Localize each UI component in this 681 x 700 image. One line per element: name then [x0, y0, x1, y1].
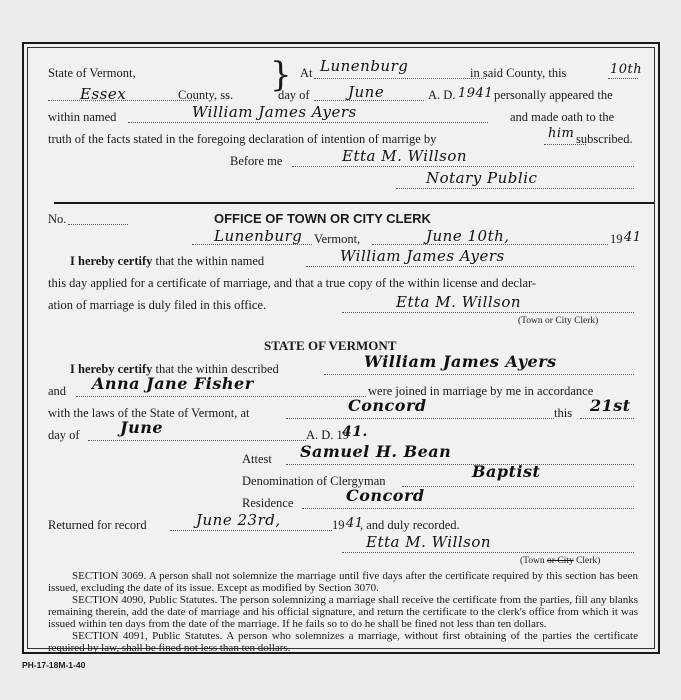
marriage-day-field: 21st [590, 398, 631, 414]
returned-date-dots [170, 530, 332, 531]
day-number-field: 10th [610, 62, 642, 78]
marriage-day-of-label: day of [48, 428, 80, 442]
officiant-field: Samuel H. Bean [300, 444, 451, 460]
residence-dots [302, 508, 634, 509]
month-field: June [348, 84, 384, 100]
in-said-county-label: in said County, this [470, 66, 566, 80]
before-me-label: Before me [230, 154, 282, 168]
state-label: State of Vermont, [48, 66, 136, 80]
clerk-applicant-field: William James Ayers [340, 248, 505, 264]
recorder-signature-dots [342, 552, 634, 553]
marriage-month-dots [88, 440, 306, 441]
clerk-applicant-dots [306, 266, 634, 267]
applicant-field: William James Ayers [192, 104, 357, 120]
statutes-block: SECTION 3069. A person shall not solemni… [48, 570, 638, 654]
personally-appeared-label: personally appeared the [494, 88, 613, 102]
pronoun-field: him [548, 126, 574, 142]
notary-title: Notary Public [426, 170, 537, 186]
attest-dots [286, 464, 634, 465]
clerk-certify-rest: that the within named [156, 254, 265, 268]
county-label: County, ss. [178, 88, 233, 102]
clerk-year-prefix: 19 [610, 232, 623, 246]
bride-dots [76, 396, 366, 397]
truth-text: truth of the facts stated in the foregoi… [48, 132, 436, 146]
groom-field: William James Ayers [364, 354, 557, 370]
residence-field: Concord [346, 488, 425, 504]
clerk-body-line1: this day applied for a certificate of ma… [48, 276, 536, 290]
subscribed-label: subscribed. [576, 132, 633, 146]
place-field: Concord [348, 398, 427, 414]
town-field: Lunenburg [320, 58, 408, 74]
statute-4091: SECTION 4091, Public Statutes. A person … [48, 630, 638, 654]
returned-year-prefix: 19 [332, 518, 345, 532]
clerk-caption: (Town or City Clerk) [518, 316, 598, 326]
notary-dots [292, 166, 634, 167]
town-dots [314, 78, 486, 79]
notary-title-dots [396, 188, 634, 189]
number-label: No. [48, 212, 66, 226]
returned-date-field: June 23rd, [196, 512, 281, 528]
certificate-border: State of Vermont, } At Lunenburg in said… [22, 42, 660, 654]
recorder-caption-clerk: Clerk) [576, 556, 600, 566]
day-of-label: day of [278, 88, 310, 102]
ad-label: A. D. [428, 88, 455, 102]
at-label: At [300, 66, 313, 80]
section-divider [54, 202, 654, 204]
marriage-year-field: 41. [342, 424, 368, 440]
recorder-caption: (Town or City Clerk) [520, 556, 600, 566]
recorder-caption-town: (Town [520, 556, 545, 566]
clerk-office-heading: OFFICE OF TOWN OR CITY CLERK [214, 211, 431, 226]
day-dots [608, 78, 638, 79]
recorder-signature: Etta M. Willson [366, 534, 491, 550]
notary-signature: Etta M. Willson [342, 148, 467, 164]
number-dots [68, 224, 128, 225]
duly-recorded-label: , and duly recorded. [360, 518, 460, 532]
denomination-dots [402, 486, 634, 487]
place-dots [286, 418, 554, 419]
clerk-signature-dots [342, 312, 634, 313]
marriage-day-dots [580, 418, 634, 419]
clerk-certify-line: I hereby certify that the within named [70, 254, 264, 268]
this-label: this [554, 406, 572, 420]
groom-dots [324, 374, 634, 375]
clerk-signature: Etta M. Willson [396, 294, 521, 310]
clerk-town-field: Lunenburg [214, 228, 302, 244]
clerk-body-line2: ation of marriage is duly filed in this … [48, 298, 266, 312]
clerk-date-field: June 10th, [426, 228, 510, 244]
county-field: Essex [80, 86, 126, 102]
statute-3069: SECTION 3069. A person shall not solemni… [48, 570, 638, 594]
denomination-field: Baptist [472, 464, 540, 480]
made-oath-label: and made oath to the [510, 110, 614, 124]
residence-label: Residence [242, 496, 293, 510]
recorder-caption-struck: or City [547, 556, 574, 566]
bride-field: Anna Jane Fisher [92, 376, 254, 392]
form-code: PH-17-18M-1-40 [22, 660, 85, 670]
statute-4090: SECTION 4090, Public Statutes. The perso… [48, 594, 638, 630]
and-label: and [48, 384, 66, 398]
applicant-dots [128, 122, 488, 123]
clerk-year-suffix: 41 [624, 230, 642, 246]
returned-label: Returned for record [48, 518, 147, 532]
brace-decoration: } [270, 58, 292, 92]
within-named-label: within named [48, 110, 116, 124]
marriage-month-field: June [120, 420, 163, 436]
vermont-label: Vermont, [314, 232, 360, 246]
year-field: 1941 [458, 86, 493, 102]
clerk-certify-bold: I hereby certify [70, 254, 152, 268]
attest-label: Attest [242, 452, 272, 466]
